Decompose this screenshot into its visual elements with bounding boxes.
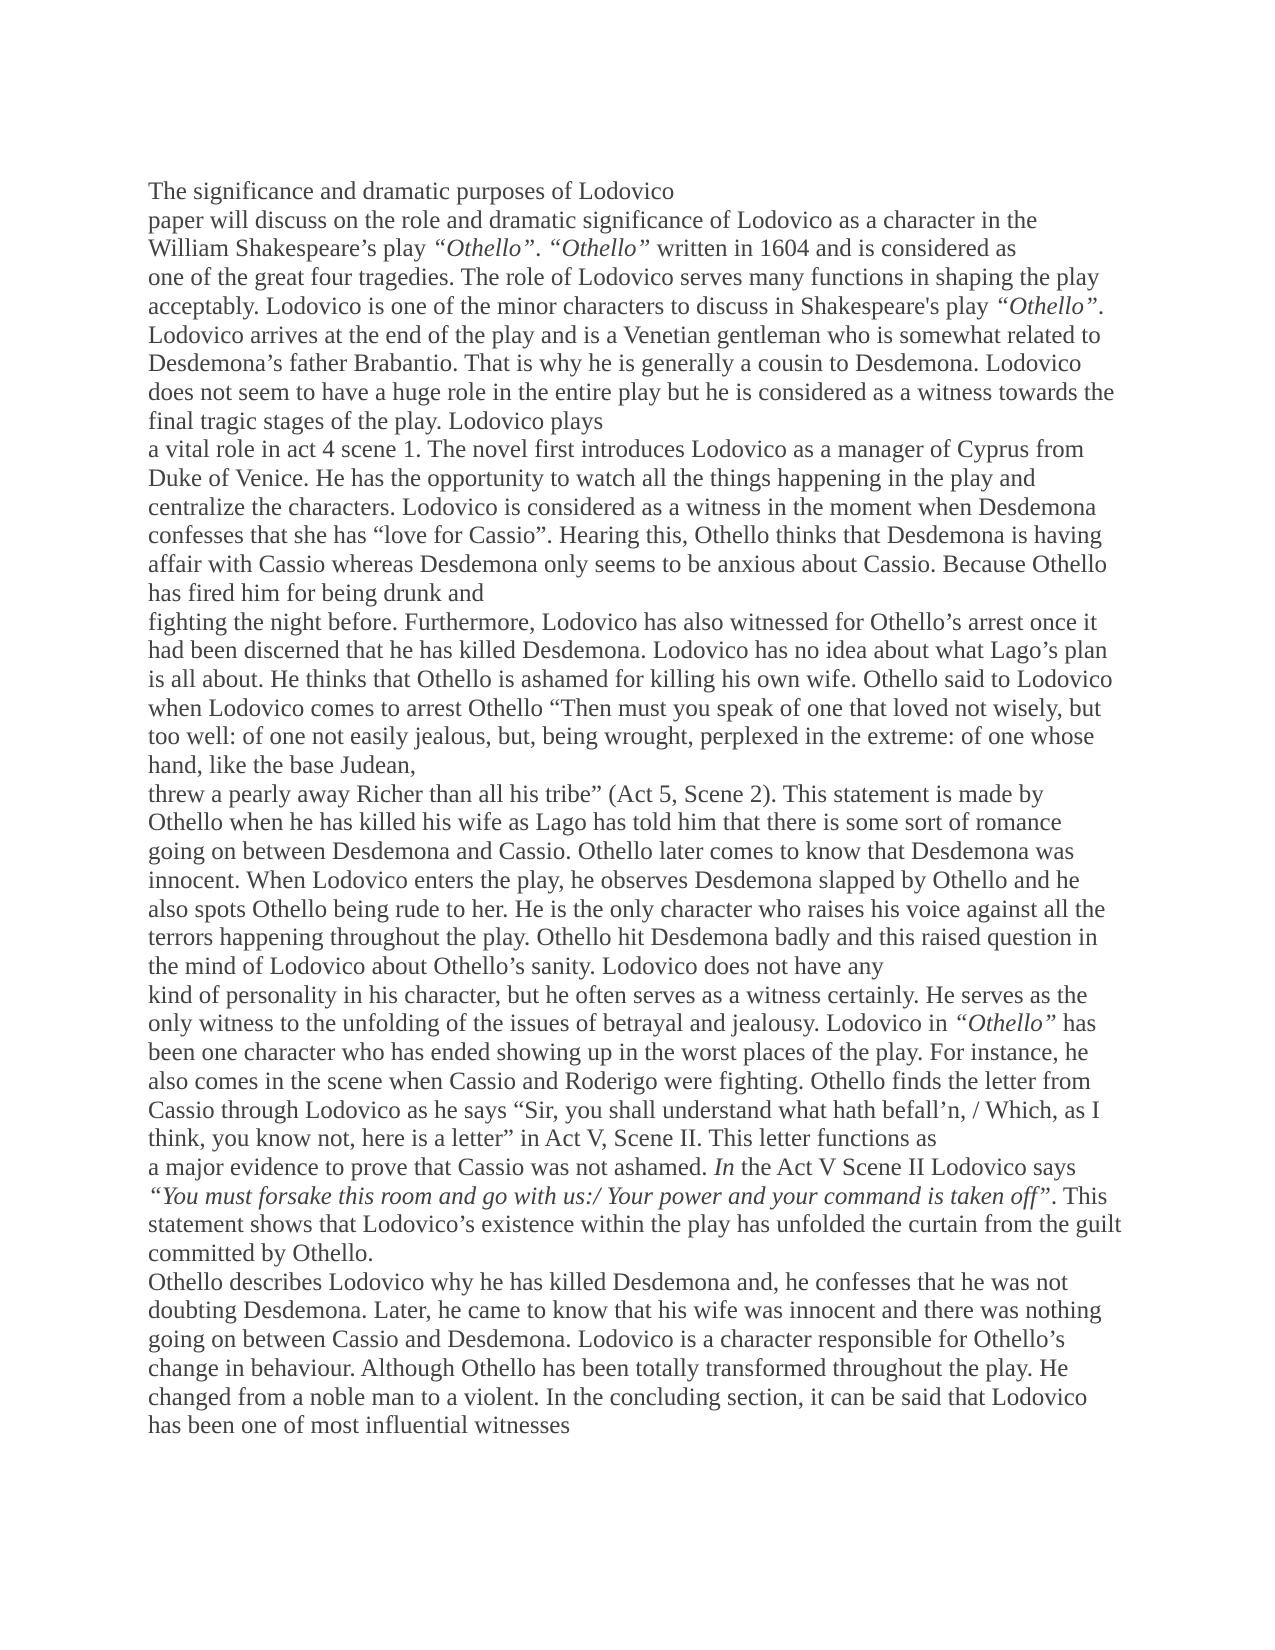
text-run: final tragic stages of the play. Lodovic… <box>148 408 603 435</box>
text-line: acceptably. Lodovico is one of the minor… <box>148 293 1143 322</box>
italic-text-run: “Othello” <box>995 293 1098 320</box>
text-line: threw a pearly away Richer than all his … <box>148 781 1143 810</box>
text-line: does not seem to have a huge role in the… <box>148 379 1143 408</box>
text-run: . This <box>1051 1183 1108 1210</box>
text-run: statement shows that Lodovico’s existenc… <box>148 1211 1121 1238</box>
text-line: change in behaviour. Although Othello ha… <box>148 1355 1143 1384</box>
text-line: The significance and dramatic purposes o… <box>148 178 1143 207</box>
text-run: William Shakespeare’s play <box>148 235 432 262</box>
text-line: also comes in the scene when Cassio and … <box>148 1068 1143 1097</box>
text-line: had been discerned that he has killed De… <box>148 637 1143 666</box>
text-run: also comes in the scene when Cassio and … <box>148 1068 1091 1095</box>
text-run: one of the great four tragedies. The rol… <box>148 264 1099 291</box>
text-run: centralize the characters. Lodovico is c… <box>148 494 1096 521</box>
text-run: terrors happening throughout the play. O… <box>148 924 1098 951</box>
italic-text-run: “Othello” <box>954 1010 1057 1037</box>
text-run: The significance and dramatic purposes o… <box>148 178 674 205</box>
text-run: Othello describes Lodovico why he has ki… <box>148 1269 1068 1296</box>
italic-text-run: “Othello” <box>548 235 651 262</box>
text-run: doubting Desdemona. Later, he came to kn… <box>148 1297 1102 1324</box>
document-body: The significance and dramatic purposes o… <box>148 178 1143 1441</box>
text-line: Othello describes Lodovico why he has ki… <box>148 1269 1143 1298</box>
text-line: Desdemona’s father Brabantio. That is wh… <box>148 350 1143 379</box>
text-line: one of the great four tragedies. The rol… <box>148 264 1143 293</box>
text-run: Lodovico arrives at the end of the play … <box>148 322 1101 349</box>
text-line: is all about. He thinks that Othello is … <box>148 666 1143 695</box>
text-run: been one character who has ended showing… <box>148 1039 1088 1066</box>
text-line: paper will discuss on the role and drama… <box>148 207 1143 236</box>
italic-text-run: “You must forsake this room and go with … <box>148 1183 1051 1210</box>
text-run: does not seem to have a huge role in the… <box>148 379 1114 406</box>
text-line: when Lodovico comes to arrest Othello “T… <box>148 695 1143 724</box>
text-line: innocent. When Lodovico enters the play,… <box>148 867 1143 896</box>
text-line: has been one of most influential witness… <box>148 1412 1143 1441</box>
italic-text-run: “Othello” <box>432 235 535 262</box>
text-line: committed by Othello. <box>148 1240 1143 1269</box>
text-line: Cassio through Lodovico as he says “Sir,… <box>148 1097 1143 1126</box>
text-run: going on between Desdemona and Cassio. O… <box>148 838 1074 865</box>
italic-text-run: In <box>714 1154 735 1181</box>
text-line: hand, like the base Judean, <box>148 752 1143 781</box>
text-line: centralize the characters. Lodovico is c… <box>148 494 1143 523</box>
text-run: . <box>1098 293 1104 320</box>
text-run: affair with Cassio whereas Desdemona onl… <box>148 551 1107 578</box>
text-run: kind of personality in his character, bu… <box>148 982 1087 1009</box>
text-run: has fired him for being drunk and <box>148 580 484 607</box>
text-run: Duke of Venice. He has the opportunity t… <box>148 465 1036 492</box>
text-line: confesses that she has “love for Cassio”… <box>148 522 1143 551</box>
text-line: kind of personality in his character, bu… <box>148 982 1143 1011</box>
text-run: fighting the night before. Furthermore, … <box>148 609 1097 636</box>
text-run: a vital role in act 4 scene 1. The novel… <box>148 436 1084 463</box>
text-line: too well: of one not easily jealous, but… <box>148 723 1143 752</box>
text-run: had been discerned that he has killed De… <box>148 637 1107 664</box>
text-run: is all about. He thinks that Othello is … <box>148 666 1112 693</box>
text-run: . <box>535 235 548 262</box>
text-line: going on between Desdemona and Cassio. O… <box>148 838 1143 867</box>
text-run: has been one of most influential witness… <box>148 1412 570 1439</box>
text-run: changed from a noble man to a violent. I… <box>148 1384 1087 1411</box>
text-run: change in behaviour. Although Othello ha… <box>148 1355 1068 1382</box>
text-line: terrors happening throughout the play. O… <box>148 924 1143 953</box>
text-line: think, you know not, here is a letter” i… <box>148 1125 1143 1154</box>
text-run: paper will discuss on the role and drama… <box>148 207 1037 234</box>
text-line: statement shows that Lodovico’s existenc… <box>148 1211 1143 1240</box>
text-run: when Lodovico comes to arrest Othello “T… <box>148 695 1101 722</box>
text-run: Othello when he has killed his wife as L… <box>148 809 1062 836</box>
text-run: committed by Othello. <box>148 1240 374 1267</box>
text-run: the mind of Lodovico about Othello’s san… <box>148 953 884 980</box>
text-line: also spots Othello being rude to her. He… <box>148 896 1143 925</box>
text-run: written in 1604 and is considered as <box>650 235 1016 262</box>
text-line: final tragic stages of the play. Lodovic… <box>148 408 1143 437</box>
text-run: going on between Cassio and Desdemona. L… <box>148 1326 1065 1353</box>
text-line: affair with Cassio whereas Desdemona onl… <box>148 551 1143 580</box>
text-line: Othello when he has killed his wife as L… <box>148 809 1143 838</box>
text-run: acceptably. Lodovico is one of the minor… <box>148 293 995 320</box>
text-line: going on between Cassio and Desdemona. L… <box>148 1326 1143 1355</box>
text-line: been one character who has ended showing… <box>148 1039 1143 1068</box>
text-run: Desdemona’s father Brabantio. That is wh… <box>148 350 1081 377</box>
text-line: William Shakespeare’s play “Othello”. “O… <box>148 235 1143 264</box>
text-line: has fired him for being drunk and <box>148 580 1143 609</box>
text-line: changed from a noble man to a violent. I… <box>148 1384 1143 1413</box>
text-run: has <box>1057 1010 1097 1037</box>
text-run: also spots Othello being rude to her. He… <box>148 896 1105 923</box>
text-run: only witness to the unfolding of the iss… <box>148 1010 954 1037</box>
text-line: “You must forsake this room and go with … <box>148 1183 1143 1212</box>
document-page: The significance and dramatic purposes o… <box>0 0 1275 1650</box>
text-line: only witness to the unfolding of the iss… <box>148 1010 1143 1039</box>
text-line: fighting the night before. Furthermore, … <box>148 609 1143 638</box>
text-line: a vital role in act 4 scene 1. The novel… <box>148 436 1143 465</box>
text-line: the mind of Lodovico about Othello’s san… <box>148 953 1143 982</box>
text-run: threw a pearly away Richer than all his … <box>148 781 1044 808</box>
text-run: Cassio through Lodovico as he says “Sir,… <box>148 1097 1100 1124</box>
text-run: the Act V Scene II Lodovico says <box>735 1154 1076 1181</box>
text-run: confesses that she has “love for Cassio”… <box>148 522 1102 549</box>
text-run: hand, like the base Judean, <box>148 752 416 779</box>
text-line: doubting Desdemona. Later, he came to kn… <box>148 1297 1143 1326</box>
text-line: Duke of Venice. He has the opportunity t… <box>148 465 1143 494</box>
text-run: think, you know not, here is a letter” i… <box>148 1125 937 1152</box>
text-run: too well: of one not easily jealous, but… <box>148 723 1094 750</box>
text-line: a major evidence to prove that Cassio wa… <box>148 1154 1143 1183</box>
text-run: innocent. When Lodovico enters the play,… <box>148 867 1080 894</box>
text-run: a major evidence to prove that Cassio wa… <box>148 1154 714 1181</box>
text-line: Lodovico arrives at the end of the play … <box>148 322 1143 351</box>
